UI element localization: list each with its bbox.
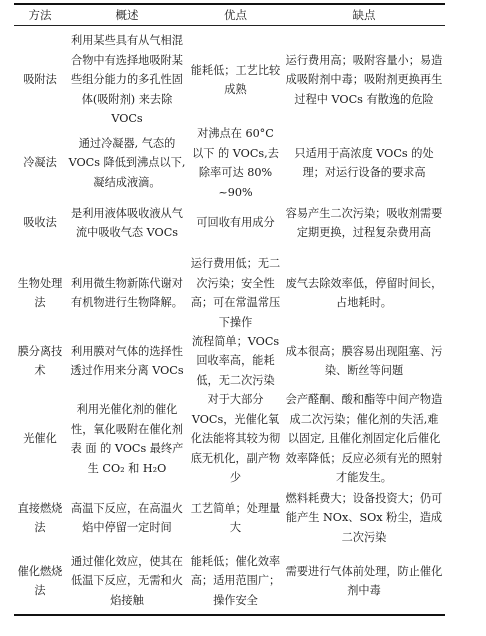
cell-pros: 运行费用低；无二次污染；安全性高；可在常温常压下操作 — [188, 254, 283, 332]
bottom-rule — [14, 614, 445, 616]
header-overview: 概述 — [66, 5, 188, 25]
table-row: 生物处理法 利用微生物新陈代谢对有机物进行生物降解。 运行费用低；无二次污染；安… — [14, 254, 445, 332]
cell-method: 光催化 — [14, 429, 66, 449]
cell-overview: 利用膜对气体的选择性透过作用来分离 VOCs — [66, 342, 188, 381]
table-row: 膜分离技术 利用膜对气体的选择性透过作用来分离 VOCs 流程简单；VOCs 回… — [14, 332, 445, 390]
cell-overview: 高温下反应，在高温火焰中停留一定时间 — [66, 499, 188, 538]
cell-cons: 会产醛酮、酸和酯等中间产物造成二次污染；催化剂的失活,难以固定, 且催化剂固定化… — [283, 390, 445, 488]
header-cons: 缺点 — [283, 5, 445, 25]
table-row: 催化燃烧法 通过催化效应，使其在低温下反应，无需和火焰接触 能耗低；催化效率高；… — [14, 548, 445, 614]
cell-method: 冷凝法 — [14, 153, 66, 173]
cell-overview: 通过冷凝器, 气态的 VOCs 降低到沸点以下, 凝结成液滴。 — [66, 134, 188, 193]
cell-overview: 利用微生物新陈代谢对有机物进行生物降解。 — [66, 274, 188, 313]
table-row: 光催化 利用光催化剂的催化性，氧化吸附在催化剂表 面 的 VOCs 最终产生 C… — [14, 390, 445, 488]
table-header: 方法 概述 优点 缺点 — [14, 5, 445, 25]
cell-pros: 对于大部分 VOCs，光催化氧化法能将其较为彻底无机化，副产物少 — [188, 390, 283, 488]
table-row: 冷凝法 通过冷凝器, 气态的 VOCs 降低到沸点以下, 凝结成液滴。 对沸点在… — [14, 134, 445, 192]
voc-methods-table: 方法 概述 优点 缺点 吸附法 利用某些具有从气相混合物中有选择地吸附某些组分能… — [14, 3, 445, 616]
cell-pros: 能耗低；工艺比较成熟 — [188, 61, 283, 100]
cell-cons: 只适用于高浓度 VOCs 的处理；对运行设备的要求高 — [283, 144, 445, 183]
cell-pros: 对沸点在 60°C 以下 的 VOCs,去除率可达 80% ~90% — [188, 124, 283, 202]
table-row: 吸附法 利用某些具有从气相混合物中有选择地吸附某些组分能力的多孔性固体(吸附剂)… — [14, 26, 445, 134]
cell-method: 生物处理法 — [14, 274, 66, 313]
cell-overview: 通过催化效应，使其在低温下反应，无需和火焰接触 — [66, 552, 188, 611]
cell-pros: 可回收有用成分 — [188, 213, 283, 233]
cell-pros: 工艺简单；处理量大 — [188, 499, 283, 538]
cell-cons: 运行费用高；吸附容量小；易造成吸附剂中毒；吸附剂更换再生过程中 VOCs 有散逸… — [283, 51, 445, 110]
cell-method: 吸收法 — [14, 213, 66, 233]
cell-cons: 需要进行气体前处理，防止催化剂中毒 — [283, 562, 445, 601]
cell-method: 催化燃烧法 — [14, 562, 66, 601]
table-row: 直接燃烧法 高温下反应，在高温火焰中停留一定时间 工艺简单；处理量大 燃料耗费大… — [14, 488, 445, 548]
cell-overview: 利用某些具有从气相混合物中有选择地吸附某些组分能力的多孔性固体(吸附剂) 来去除… — [66, 31, 188, 129]
cell-method: 直接燃烧法 — [14, 499, 66, 538]
cell-cons: 成本很高；膜容易出现阻塞、污染、断丝等问题 — [283, 342, 445, 381]
cell-cons: 废气去除效率低，停留时间长，占地耗时。 — [283, 274, 445, 313]
cell-overview: 利用光催化剂的催化性，氧化吸附在催化剂表 面 的 VOCs 最终产生 CO₂ 和… — [66, 400, 188, 478]
cell-cons: 燃料耗费大；设备投资大；仍可能产生 NOx、SOx 粉尘，造成二次污染 — [283, 489, 445, 548]
cell-cons: 容易产生二次污染；吸收剂需要定期更换，过程复杂费用高 — [283, 204, 445, 243]
header-method: 方法 — [14, 5, 66, 25]
cell-method: 膜分离技术 — [14, 342, 66, 381]
cell-pros: 能耗低；催化效率高；适用范围广；操作安全 — [188, 552, 283, 611]
cell-pros: 流程简单；VOCs 回收率高，能耗低，无二次污染 — [188, 332, 283, 391]
cell-method: 吸附法 — [14, 70, 66, 90]
cell-overview: 是利用液体吸收液从气流中吸收气态 VOCs — [66, 204, 188, 243]
header-pros: 优点 — [188, 5, 283, 25]
